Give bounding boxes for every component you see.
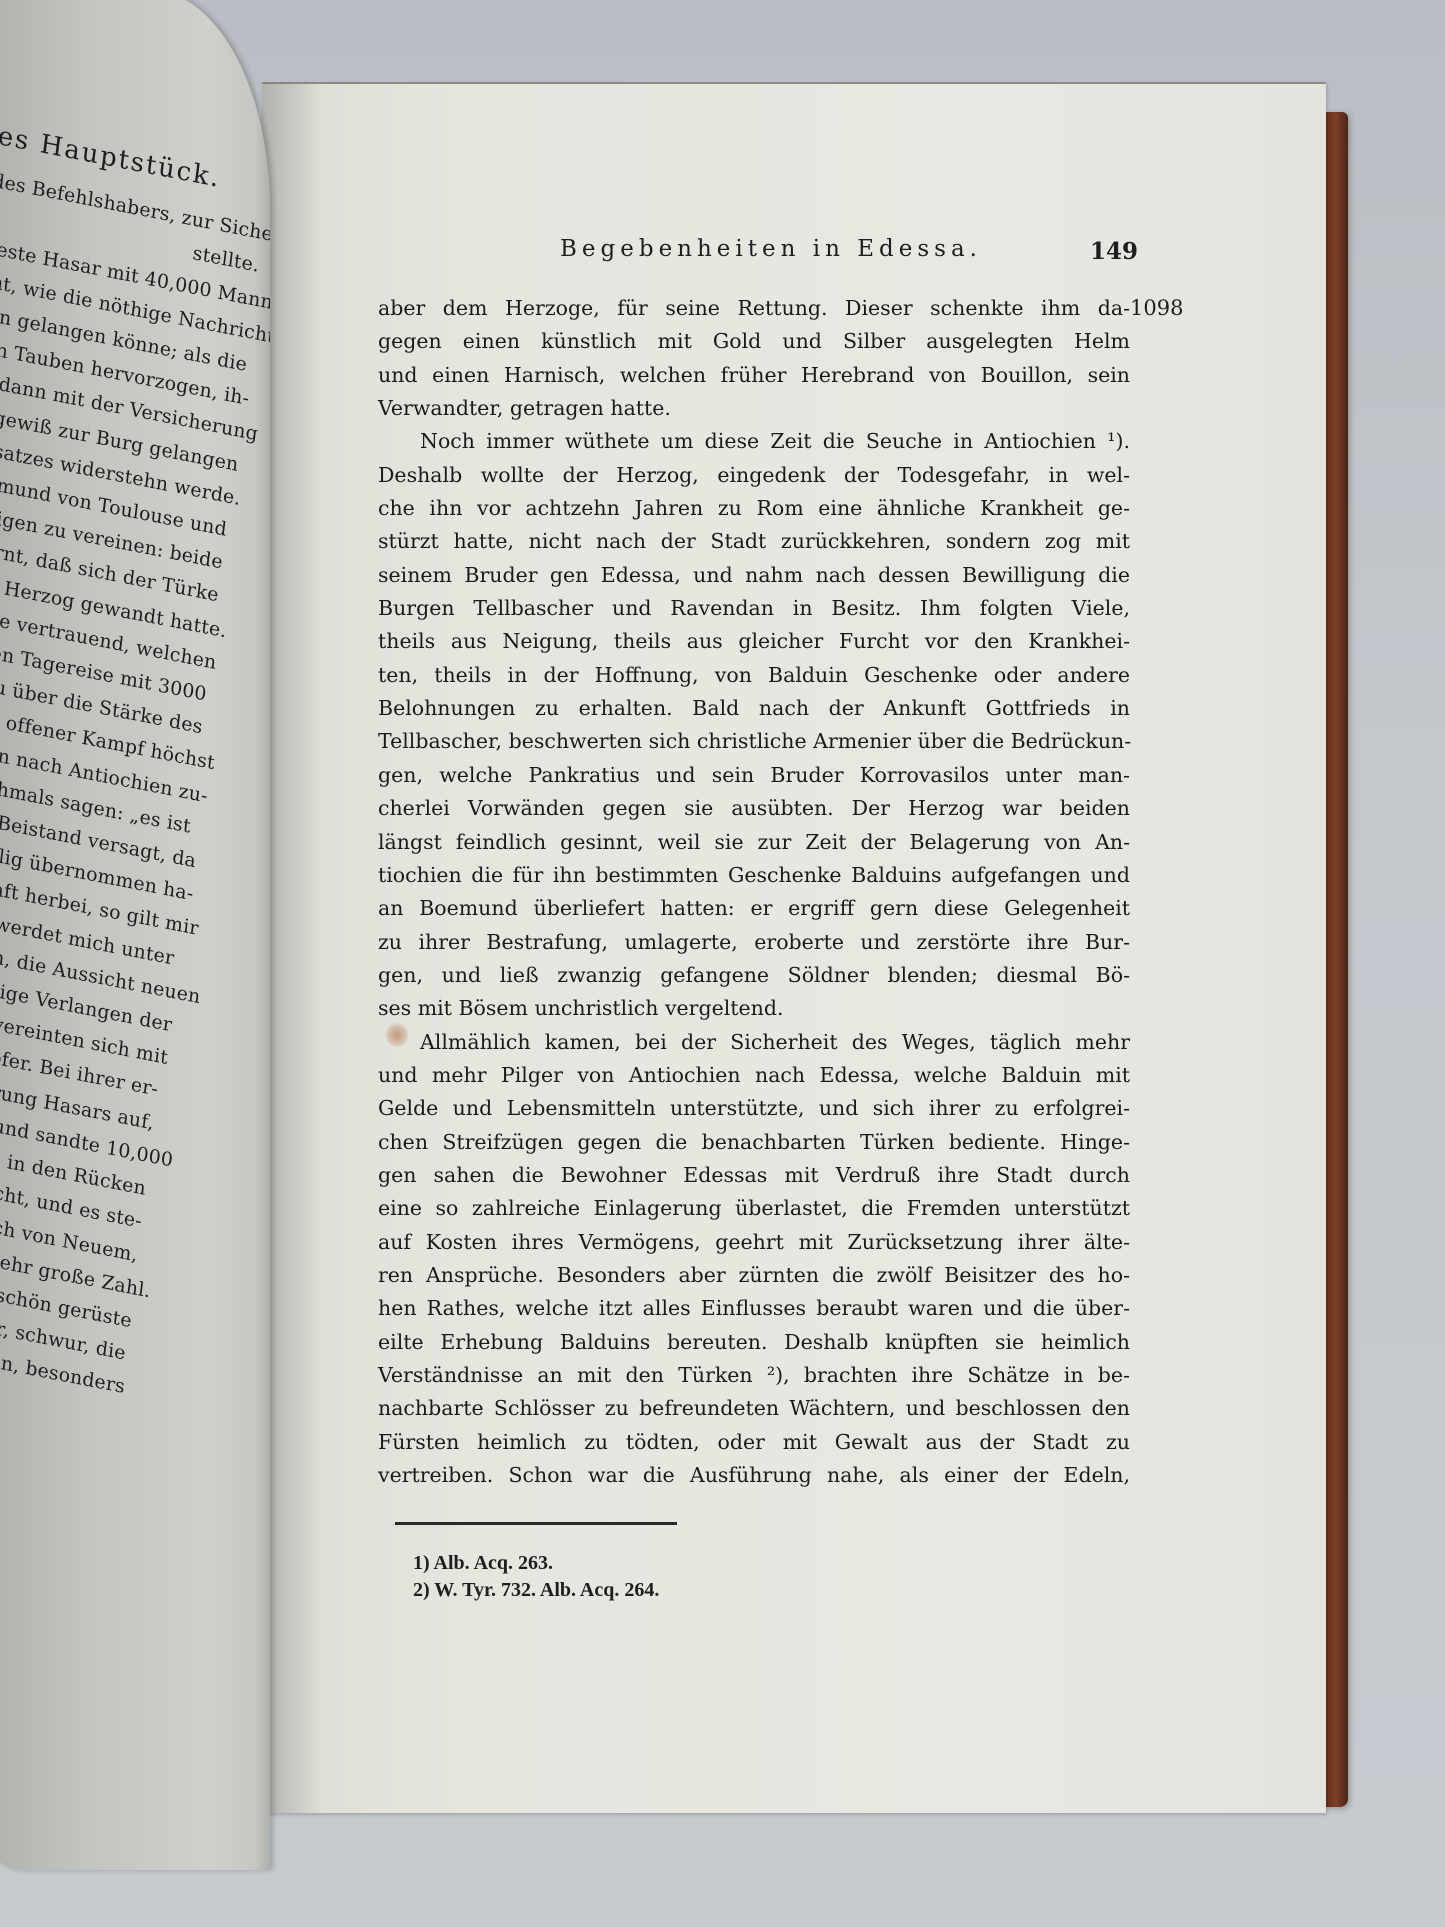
text-line: zu ihrer Bestrafung, umlagerte, eroberte…	[378, 926, 1130, 959]
text-line: auf Kosten ihres Vermögens, geehrt mit Z…	[378, 1226, 1130, 1259]
text-line: vertreiben. Schon war die Ausführung nah…	[378, 1459, 1130, 1492]
text-line: hen Rathes, welche itzt alles Einflusses…	[378, 1292, 1130, 1325]
text-line: Belohnungen zu erhalten. Bald nach der A…	[378, 692, 1130, 725]
text-line: tiochien die für ihn bestimmten Geschenk…	[378, 859, 1130, 892]
book-photo: Begebenheiten in Edessa. 149 1098 aber d…	[0, 0, 1445, 1927]
text-line: eine so zahlreiche Einlagerung überlaste…	[378, 1192, 1130, 1225]
text-line: Deshalb wollte der Herzog, eingedenk der…	[378, 459, 1130, 492]
text-line: gen, welche Pankratius und sein Bruder K…	[378, 759, 1130, 792]
text-line: Noch immer wüthete um diese Zeit die Seu…	[378, 425, 1130, 458]
text-line: Tellbascher, beschwerten sich christlich…	[378, 725, 1130, 758]
gutter-shadow	[262, 83, 322, 1813]
running-head: Begebenheiten in Edessa.	[560, 236, 1120, 262]
text-line: aber dem Herzoge, für seine Rettung. Die…	[378, 292, 1130, 325]
text-line: Allmählich kamen, bei der Sicherheit des…	[378, 1026, 1130, 1059]
text-line: Gelde und Lebensmitteln unterstützte, un…	[378, 1092, 1130, 1125]
text-line: eilte Erhebung Balduins bereuten. Deshal…	[378, 1326, 1130, 1359]
body-text: aber dem Herzoge, für seine Rettung. Die…	[378, 292, 1130, 1492]
footnote-rule	[395, 1522, 677, 1525]
text-line: ren Ansprüche. Besonders aber zürnten di…	[378, 1259, 1130, 1292]
footnote-1: 1) Alb. Acq. 263.	[413, 1550, 659, 1577]
text-line: chen Streifzügen gegen die benachbarten …	[378, 1126, 1130, 1159]
text-line: seinem Bruder gen Edessa, und nahm nach …	[378, 559, 1130, 592]
page-number: 149	[1090, 238, 1138, 265]
text-line: gegen einen künstlich mit Gold und Silbe…	[378, 325, 1130, 358]
text-line: cherlei Vorwänden gegen sie ausübten. De…	[378, 792, 1130, 825]
text-line: theils aus Neigung, theils aus gleicher …	[378, 625, 1130, 658]
text-line: an Boemund überliefert hatten: er ergrif…	[378, 892, 1130, 925]
paper-stain	[386, 1022, 408, 1048]
left-page: es Hauptstück. des Befehlshabers, zur Si…	[0, 0, 270, 1870]
left-page-text: es Hauptstück. des Befehlshabers, zur Si…	[0, 120, 270, 1409]
text-line: stürzt hatte, nicht nach der Stadt zurüc…	[378, 525, 1130, 558]
text-line: längst feindlich gesinnt, weil sie zur Z…	[378, 826, 1130, 859]
text-line: gen sahen die Bewohner Edessas mit Verdr…	[378, 1159, 1130, 1192]
text-line: Fürsten heimlich zu tödten, oder mit Gew…	[378, 1426, 1130, 1459]
text-line: gen, und ließ zwanzig gefangene Söldner …	[378, 959, 1130, 992]
text-line: nachbarte Schlösser zu befreundeten Wäch…	[378, 1392, 1130, 1425]
text-line: und einen Harnisch, welchen früher Hereb…	[378, 359, 1130, 392]
text-line: ten, theils in der Hoffnung, von Balduin…	[378, 659, 1130, 692]
text-line: Verwandter, getragen hatte.	[378, 392, 1130, 425]
text-line: Burgen Tellbascher und Ravendan in Besit…	[378, 592, 1130, 625]
footnotes: 1) Alb. Acq. 263. 2) W. Tyr. 732. Alb. A…	[413, 1550, 659, 1604]
margin-year: 1098	[1130, 296, 1183, 320]
text-line: ses mit Bösem unchristlich vergeltend.	[378, 992, 1130, 1025]
text-line: che ihn vor achtzehn Jahren zu Rom eine …	[378, 492, 1130, 525]
text-line: Verständnisse an mit den Türken ²), brac…	[378, 1359, 1130, 1392]
footnote-2: 2) W. Tyr. 732. Alb. Acq. 264.	[413, 1577, 659, 1604]
text-line: und mehr Pilger von Antiochien nach Edes…	[378, 1059, 1130, 1092]
